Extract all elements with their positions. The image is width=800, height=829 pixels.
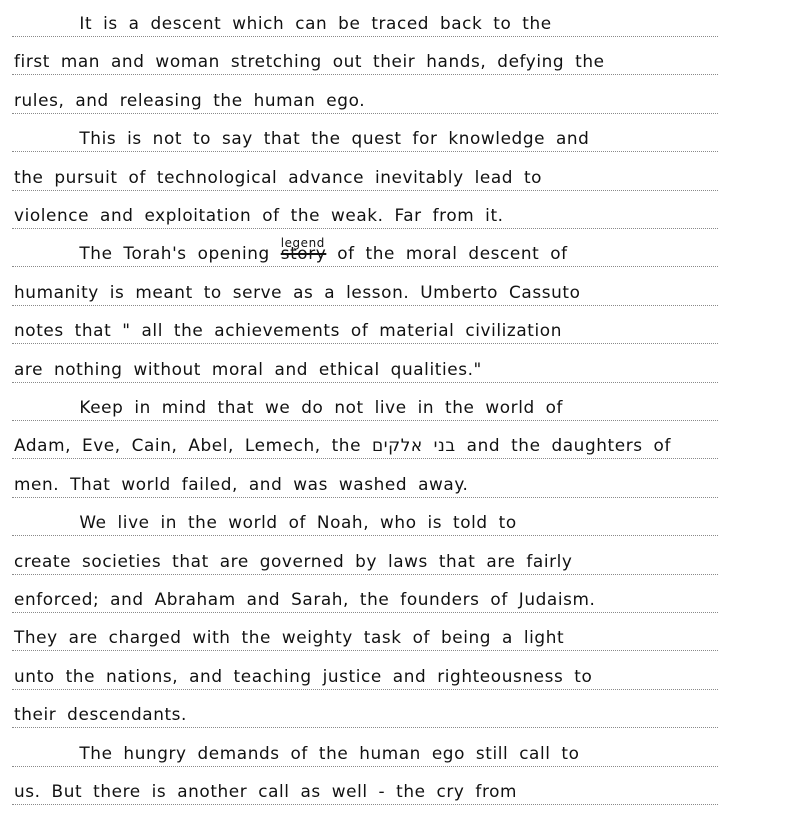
handwritten-line: Adam, Eve, Cain, Abel, Lemech, the בני א… — [14, 431, 714, 461]
line-text: notes that " all the achievements of mat… — [14, 321, 562, 341]
line-text-after: and the daughters of — [456, 436, 671, 456]
line-text-after: of the moral descent of — [326, 244, 567, 264]
handwritten-line: They are charged with the weighty task o… — [14, 623, 714, 653]
line-text: It is a descent which can be traced back… — [79, 14, 551, 34]
line-text: violence and exploitation of the weak. F… — [14, 206, 504, 226]
line-text: Keep in mind that we do not live in the … — [79, 398, 563, 418]
line-text: rules, and releasing the human ego. — [14, 91, 365, 111]
handwritten-line: create societies that are governed by la… — [14, 547, 714, 577]
line-text: first man and woman stretching out their… — [14, 52, 605, 72]
line-text: their descendants. — [14, 705, 187, 725]
handwritten-line: rules, and releasing the human ego. — [14, 86, 714, 116]
handwritten-line: are nothing without moral and ethical qu… — [14, 355, 714, 385]
handwritten-line: We live in the world of Noah, who is tol… — [14, 508, 714, 538]
line-text: They are charged with the weighty task o… — [14, 628, 564, 648]
line-text: men. That world failed, and was washed a… — [14, 475, 468, 495]
inserted-word: legend — [281, 228, 325, 258]
line-text: us. But there is another call as well - … — [14, 782, 517, 802]
line-text: enforced; and Abraham and Sarah, the fou… — [14, 590, 595, 610]
handwritten-line: The hungry demands of the human ego stil… — [14, 739, 714, 769]
edit-correction: storylegend — [281, 244, 327, 264]
line-text: the pursuit of technological advance ine… — [14, 168, 542, 188]
handwritten-line: humanity is meant to serve as a lesson. … — [14, 278, 714, 308]
handwritten-line: notes that " all the achievements of mat… — [14, 316, 714, 346]
line-text: humanity is meant to serve as a lesson. … — [14, 283, 580, 303]
handwritten-line: This is not to say that the quest for kn… — [14, 124, 714, 154]
handwritten-line: enforced; and Abraham and Sarah, the fou… — [14, 585, 714, 615]
handwritten-line: The Torah's opening storylegend of the m… — [14, 239, 714, 269]
handwritten-page: It is a descent which can be traced back… — [0, 0, 800, 829]
handwritten-line: their descendants. — [14, 700, 714, 730]
line-text: unto the nations, and teaching justice a… — [14, 667, 592, 687]
line-text: This is not to say that the quest for kn… — [79, 129, 589, 149]
line-text: are nothing without moral and ethical qu… — [14, 360, 482, 380]
hebrew-text: בני אלקים — [372, 436, 456, 456]
handwritten-line: first man and woman stretching out their… — [14, 47, 714, 77]
handwritten-line: It is a descent which can be traced back… — [14, 9, 714, 39]
line-text: create societies that are governed by la… — [14, 552, 572, 572]
handwritten-line: violence and exploitation of the weak. F… — [14, 201, 714, 231]
handwritten-line: us. But there is another call as well - … — [14, 777, 714, 807]
handwritten-line: men. That world failed, and was washed a… — [14, 470, 714, 500]
handwritten-line: unto the nations, and teaching justice a… — [14, 662, 714, 692]
line-text: The hungry demands of the human ego stil… — [79, 744, 579, 764]
line-text-before: The Torah's opening — [79, 244, 280, 264]
line-text: We live in the world of Noah, who is tol… — [79, 513, 516, 533]
handwritten-line: Keep in mind that we do not live in the … — [14, 393, 714, 423]
line-text-before: Adam, Eve, Cain, Abel, Lemech, the — [14, 436, 372, 456]
handwritten-line: the pursuit of technological advance ine… — [14, 163, 714, 193]
